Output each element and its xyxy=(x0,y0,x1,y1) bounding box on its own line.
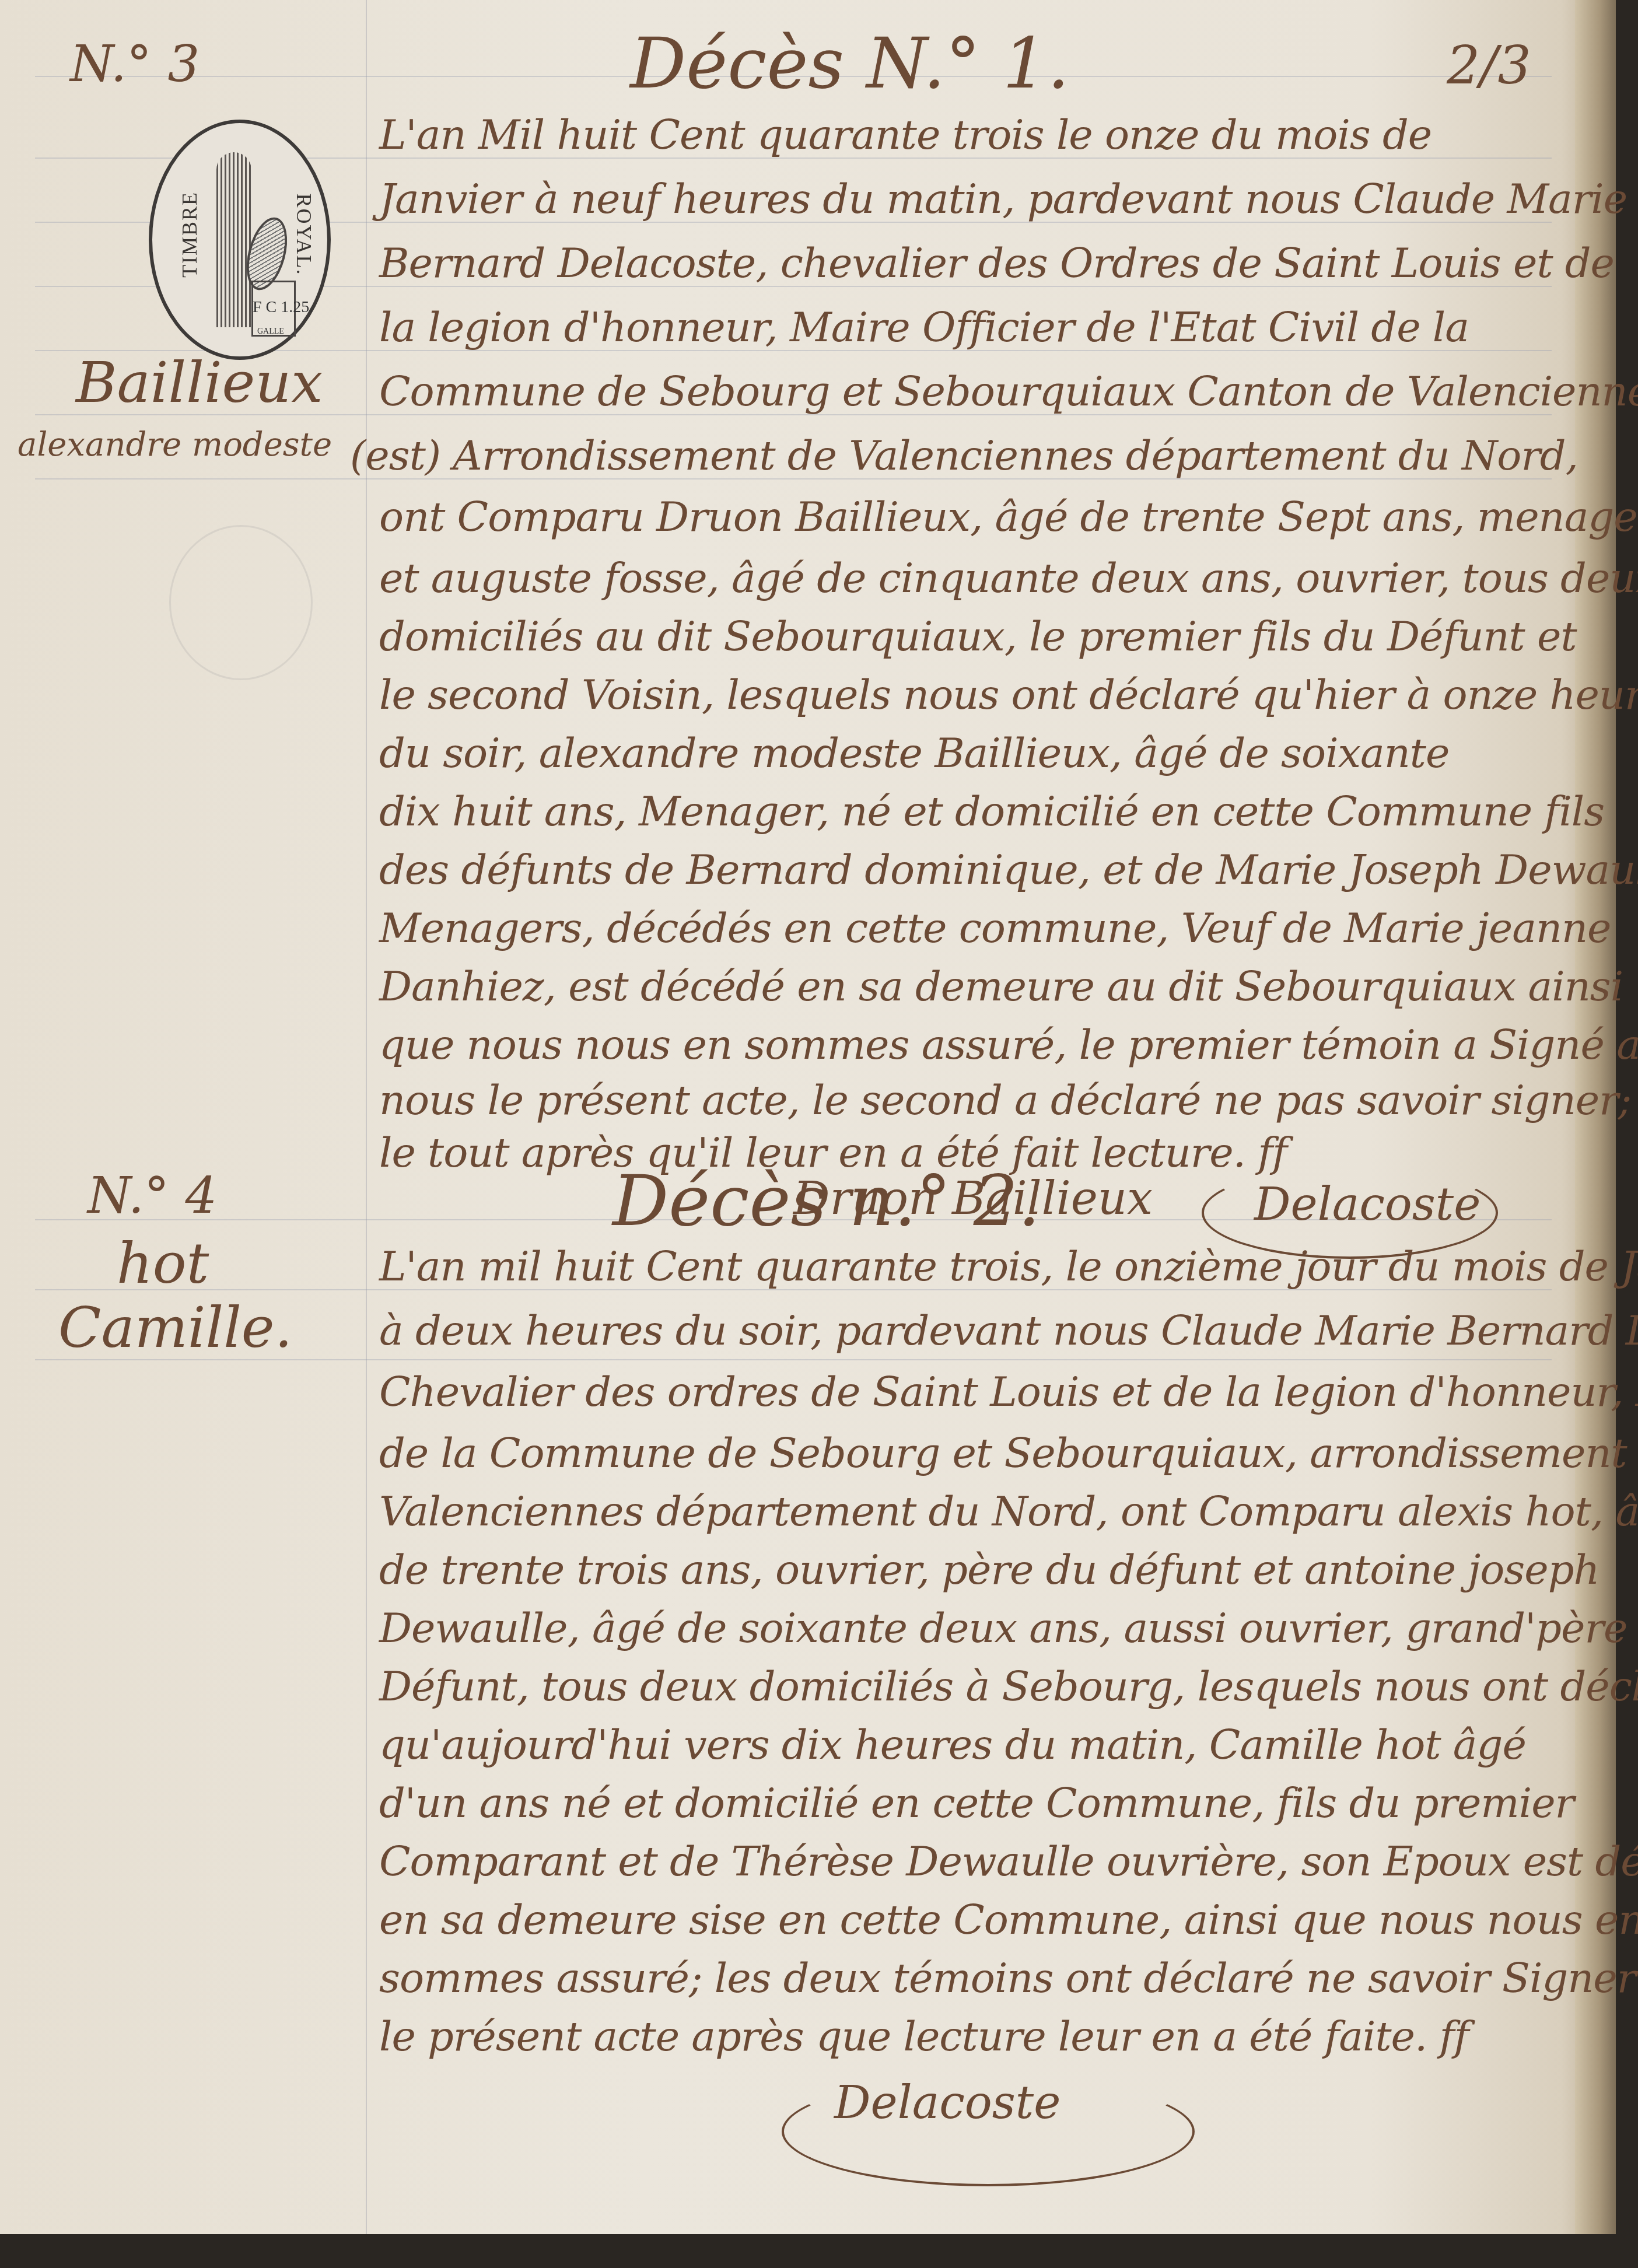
text-line: Valenciennes département du Nord, ont Co… xyxy=(379,1487,1638,1535)
entry-title: Décès N.° 1. xyxy=(630,23,1069,104)
text-line: en sa demeure sise en cette Commune, ain… xyxy=(379,1896,1638,1944)
margin-given-names: alexandre modeste xyxy=(17,426,332,464)
entry-number: N.° 3 xyxy=(70,35,199,93)
text-line: des défunts de Bernard dominique, et de … xyxy=(379,846,1638,894)
text-line: d'un ans né et domicilié en cette Commun… xyxy=(379,1779,1574,1827)
entry-title: Décès n.° 2. xyxy=(612,1161,1040,1242)
text-line: du soir, alexandre modeste Baillieux, âg… xyxy=(379,729,1449,777)
text-line: le second Voisin, lesquels nous ont décl… xyxy=(379,671,1638,719)
margin-surname: Baillieux xyxy=(76,350,323,415)
text-line: sommes assuré; les deux témoins ont décl… xyxy=(379,1954,1636,2002)
embossed-seal xyxy=(169,525,313,680)
stamp-engraver: GALLE xyxy=(257,327,284,337)
text-line: la legion d'honneur, Maire Officier de l… xyxy=(379,303,1469,351)
stamp-left-text: TIMBRE xyxy=(177,191,202,278)
text-line: Chevalier des ordres de Saint Louis et d… xyxy=(379,1368,1638,1416)
text-line: L'an mil huit Cent quarante trois, le on… xyxy=(379,1242,1638,1290)
text-line: Commune de Sebourg et Sebourquiaux Canto… xyxy=(379,367,1638,415)
stamp-price: F C 1.25. xyxy=(253,298,313,317)
text-line: et auguste fosse, âgé de cinquante deux … xyxy=(379,554,1638,602)
text-line: L'an Mil huit Cent quarante trois le onz… xyxy=(379,111,1431,159)
stamp-right-text: ROYAL. xyxy=(291,193,316,275)
text-line: Menagers, décédés en cette commune, Veuf… xyxy=(379,904,1611,952)
text-line: domiciliés au dit Sebourquiaux, le premi… xyxy=(379,612,1577,660)
royal-stamp: TIMBRE ROYAL. F C 1.25. GALLE xyxy=(149,120,331,360)
text-line: Danhiez, est décédé en sa demeure au dit… xyxy=(379,963,1623,1010)
folio-number: 2/3 xyxy=(1447,35,1531,96)
text-line: (est) Arrondissement de Valenciennes dép… xyxy=(350,432,1578,480)
text-line: Bernard Delacoste, chevalier des Ordres … xyxy=(379,239,1614,287)
text-line: Janvier à neuf heures du matin, pardevan… xyxy=(379,175,1627,223)
register-page: 2/3 N.° 3 TIMBRE ROYAL. F C 1.25. GALLE … xyxy=(0,0,1610,2234)
margin-given-names: Camille. xyxy=(58,1295,292,1360)
text-line: qu'aujourd'hui vers dix heures du matin,… xyxy=(379,1721,1526,1769)
entry-number: N.° 4 xyxy=(87,1167,217,1225)
text-line: que nous nous en sommes assuré, le premi… xyxy=(379,1021,1638,1069)
text-line: ont Comparu Druon Baillieux, âgé de tren… xyxy=(379,493,1638,541)
text-line: de trente trois ans, ouvrier, père du dé… xyxy=(379,1546,1599,1594)
text-line: Défunt, tous deux domiciliés à Sebourg, … xyxy=(379,1662,1638,1710)
text-line: à deux heures du soir, pardevant nous Cl… xyxy=(379,1307,1638,1354)
margin-rule xyxy=(366,0,367,2234)
margin-surname: hot xyxy=(117,1231,209,1296)
stamp-figure-icon xyxy=(216,152,251,327)
text-line: Comparant et de Thérèse Dewaulle ouvrièr… xyxy=(379,1838,1638,1885)
signature-flourish xyxy=(782,2077,1195,2186)
text-line: le présent acte après que lecture leur e… xyxy=(379,2013,1468,2060)
text-line: de la Commune de Sebourg et Sebourquiaux… xyxy=(379,1429,1638,1477)
text-line: dix huit ans, Menager, né et domicilié e… xyxy=(379,787,1604,835)
text-line: Dewaulle, âgé de soixante deux ans, auss… xyxy=(379,1604,1638,1652)
text-line: nous le présent acte, le second a déclar… xyxy=(379,1076,1631,1124)
